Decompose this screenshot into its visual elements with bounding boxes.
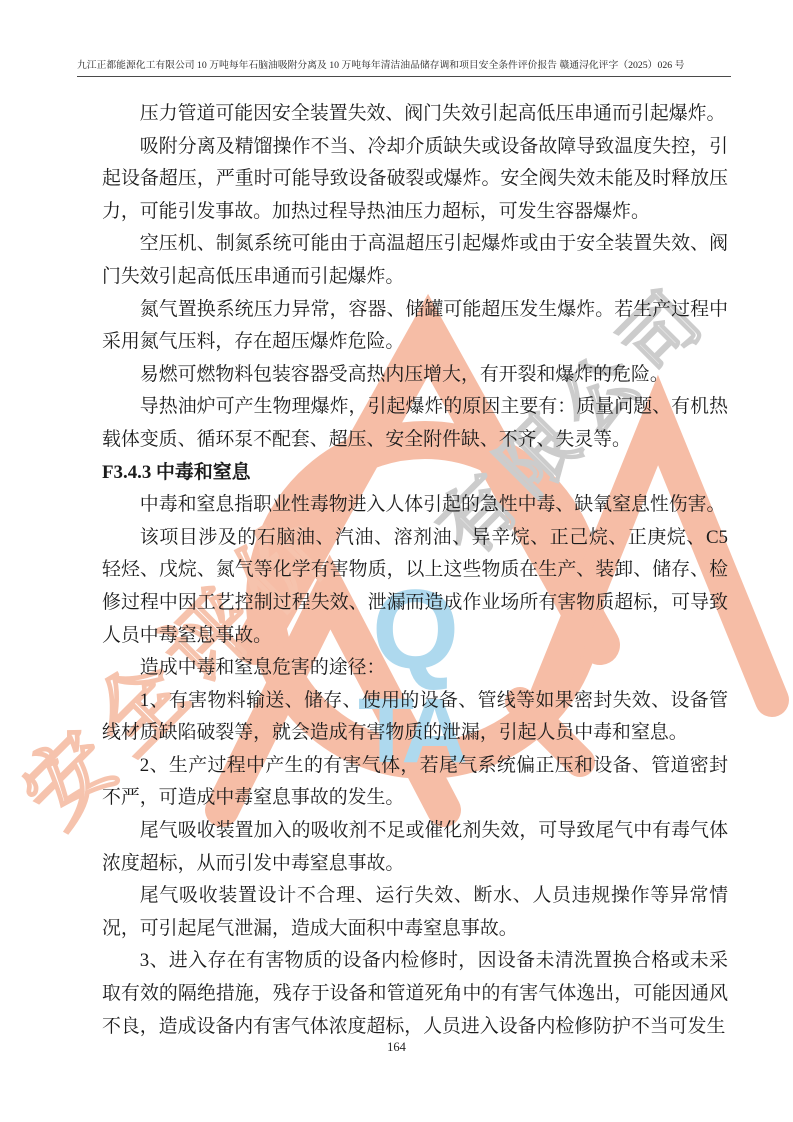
paragraph: 中毒和窒息指职业性毒物进入人体引起的急性中毒、缺氧窒息性伤害。 bbox=[102, 489, 728, 522]
paragraph: 易燃可燃物料包装容器受高热内压增大，有开裂和爆炸的危险。 bbox=[102, 359, 728, 392]
paragraph: 3、进入存在有害物质的设备内检修时，因设备未清洗置换合格或未采取有效的隔绝措施，… bbox=[102, 945, 728, 1043]
page-header: 九江正都能源化工有限公司 10 万吨每年石脑油吸附分离及 10 万吨每年清洁油品… bbox=[77, 57, 731, 77]
page-number: 164 bbox=[387, 1040, 406, 1054]
paragraph: 尾气吸收装置设计不合理、运行失效、断水、人员违规操作等异常情况，可引起尾气泄漏，… bbox=[102, 880, 728, 945]
paragraph: 导热油炉可产生物理爆炸，引起爆炸的原因主要有：质量问题、有机热载体变质、循环泵不… bbox=[102, 391, 728, 456]
paragraph: 1、有害物料输送、储存、使用的设备、管线等如果密封失效、设备管线材质缺陷破裂等，… bbox=[102, 685, 728, 750]
paragraph: 尾气吸收装置加入的吸收剂不足或催化剂失效，可导致尾气中有毒气体浓度超标，从而引发… bbox=[102, 815, 728, 880]
paragraph: 吸附分离及精馏操作不当、冷却介质缺失或设备故障导致温度失控，引起设备超压，严重时… bbox=[102, 131, 728, 229]
page-header-text: 九江正都能源化工有限公司 10 万吨每年石脑油吸附分离及 10 万吨每年清洁油品… bbox=[77, 60, 684, 71]
section-heading: F3.4.3 中毒和窒息 bbox=[102, 457, 728, 490]
paragraph: 空压机、制氮系统可能由于高温超压引起爆炸或由于安全装置失效、阀门失效引起高低压串… bbox=[102, 228, 728, 293]
document-page: Q TA 安全评价 有限公司 九江正都能源化工有限公司 10 万吨每年石脑油吸附… bbox=[0, 0, 793, 1122]
page-footer: 164 bbox=[0, 1040, 793, 1055]
paragraph: 2、生产过程中产生的有害气体，若尾气系统偏正压和设备、管道密封不严，可造成中毒窒… bbox=[102, 750, 728, 815]
paragraph: 压力管道可能因安全装置失效、阀门失效引起高低压串通而引起爆炸。 bbox=[102, 98, 728, 131]
document-body: 压力管道可能因安全装置失效、阀门失效引起高低压串通而引起爆炸。吸附分离及精馏操作… bbox=[102, 98, 728, 1043]
paragraph: 该项目涉及的石脑油、汽油、溶剂油、异辛烷、正己烷、正庚烷、C5轻烃、戊烷、氮气等… bbox=[102, 522, 728, 652]
paragraph: 氮气置换系统压力异常，容器、储罐可能超压发生爆炸。若生产过程中采用氮气压料，存在… bbox=[102, 294, 728, 359]
paragraph: 造成中毒和窒息危害的途径： bbox=[102, 652, 728, 685]
